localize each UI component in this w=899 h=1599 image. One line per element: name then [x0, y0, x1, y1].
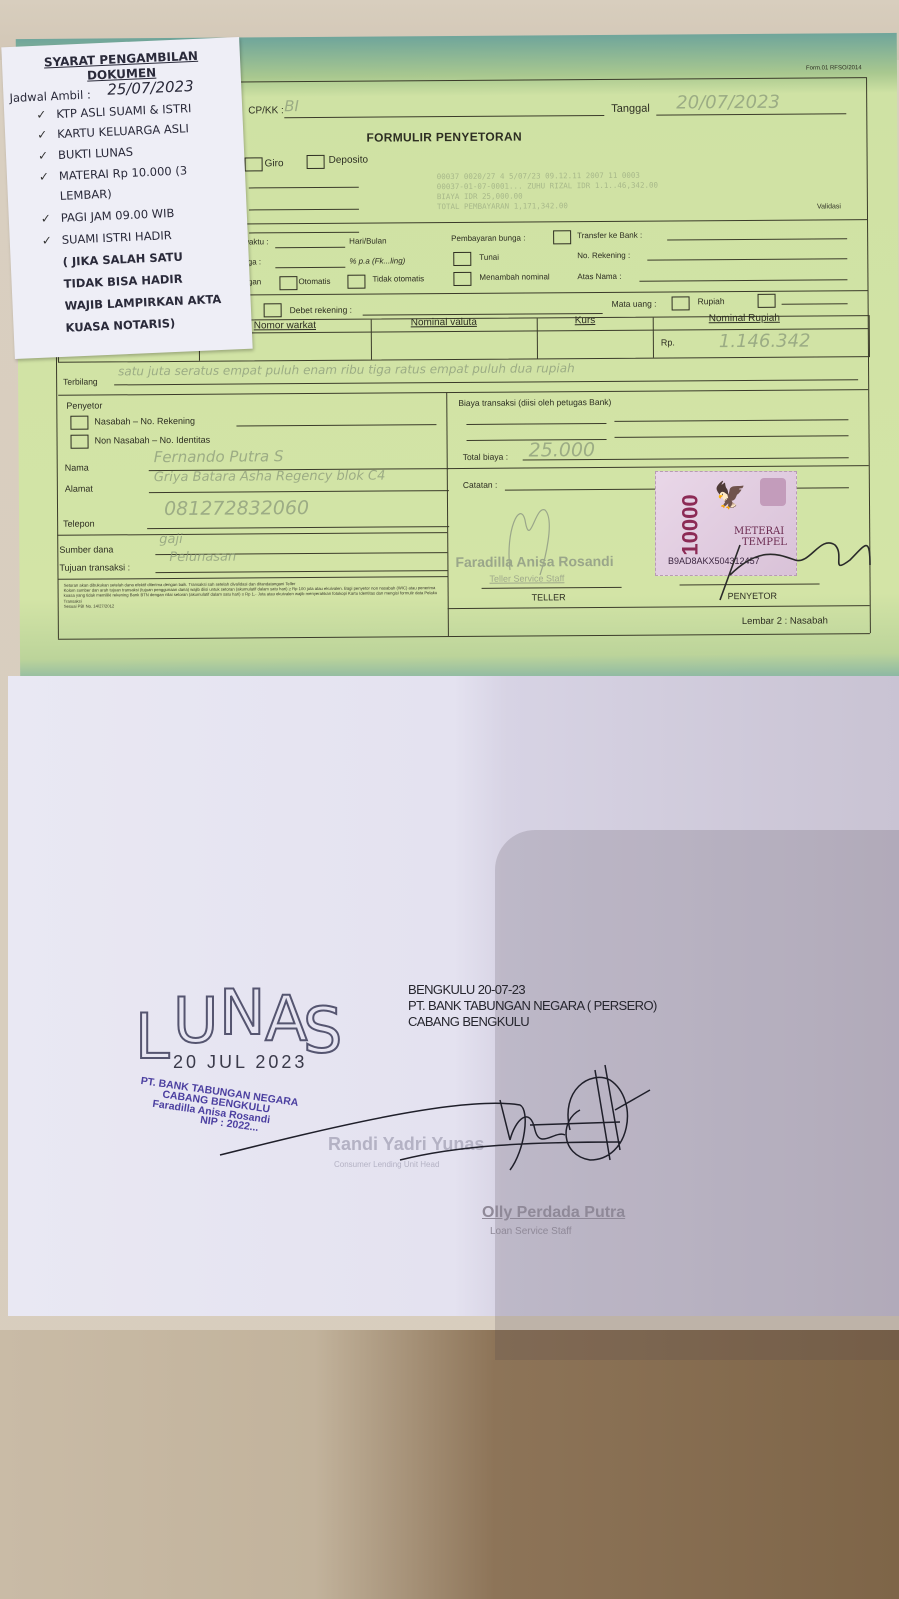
- terbilang-line: [114, 379, 858, 385]
- note-item: ( JIKA SALAH SATU: [62, 250, 183, 269]
- biaya-field: [466, 423, 606, 425]
- menambah-nominal-label: Menambah nominal: [479, 272, 549, 281]
- note-item: WAJIB LAMPIRKAN AKTA: [64, 292, 221, 313]
- letter-company: PT. BANK TABUNGAN NEGARA ( PERSERO): [408, 998, 657, 1013]
- note-item: KUASA NOTARIS): [65, 316, 175, 335]
- form-divider: [447, 465, 869, 469]
- terbilang-value: satu juta seratus empat puluh enam ribu …: [118, 359, 838, 378]
- validation-print: 00037 0020/27 4 5/07/23 09.12.11 2007 11…: [437, 171, 659, 213]
- requirements-note: SYARAT PENGAMBILAN DOKUMEN Jadwal Ambil …: [1, 37, 252, 359]
- rupiah-label: Rupiah: [698, 296, 725, 306]
- note-item: MATERAI Rp 10.000 (3: [59, 163, 188, 183]
- col-nomor-warkat: Nomor warkat: [254, 320, 316, 331]
- deposito-checkbox[interactable]: [307, 155, 325, 169]
- nama-label: Nama: [65, 463, 89, 473]
- cp-kk-label: CP/KK :: [248, 105, 284, 116]
- form-title: FORMULIR PENYETORAN: [366, 130, 522, 145]
- transfer-checkbox[interactable]: [553, 230, 571, 244]
- stamp-letter: N: [219, 976, 265, 1049]
- note-item: KTP ASLI SUAMI & ISTRI: [56, 101, 192, 121]
- check-icon: ✓: [41, 233, 52, 247]
- biaya-field: [614, 419, 848, 422]
- jangka-waktu-field: [275, 247, 345, 248]
- form-bottom-border: [58, 633, 870, 640]
- biaya-field: [615, 435, 849, 438]
- lembar-label: Lembar 2 : Nasabah: [742, 615, 828, 627]
- telepon-value: 081272832060: [164, 497, 309, 520]
- rp-label: Rp.: [661, 337, 675, 347]
- no-rekening-label: No. Rekening :: [577, 251, 630, 260]
- validasi-label: Validasi: [817, 203, 841, 210]
- atas-nama-label: Atas Nama :: [577, 272, 621, 281]
- form-top-border: [226, 77, 866, 82]
- alamat-label: Alamat: [65, 484, 93, 494]
- other-currency-checkbox[interactable]: [758, 294, 776, 308]
- teller-sign-line: [482, 587, 622, 589]
- biaya-label: Biaya transaksi (diisi oleh petugas Bank…: [458, 397, 611, 408]
- validation-line: TOTAL PEMBAYARAN 1,171,342.00: [437, 201, 658, 213]
- col-nominal-rupiah: Nominal Rupiah: [709, 313, 780, 324]
- bunga-field: [275, 267, 345, 268]
- teller-label: TELLER: [532, 592, 566, 602]
- transfer-label: Transfer ke Bank :: [577, 231, 642, 240]
- sumber-dana-value: gaji: [159, 532, 183, 547]
- table-divider: [371, 320, 372, 360]
- form-line: [249, 187, 359, 189]
- alamat-field: [149, 490, 449, 493]
- tunai-label: Tunai: [479, 253, 499, 262]
- signer2-name: Olly Perdada Putra: [482, 1204, 625, 1222]
- note-item: TIDAK BISA HADIR: [63, 272, 182, 291]
- check-icon: ✓: [41, 211, 52, 225]
- check-icon: ✓: [37, 127, 48, 141]
- stamp-letter: A: [265, 982, 307, 1055]
- form-divider: [57, 532, 447, 536]
- validation-line: 00037-01-07-0001... ZUHU RIZAL IDR 1.1..…: [437, 181, 658, 193]
- schedule-value: 25/07/2023: [107, 77, 194, 99]
- letter-signatures: [200, 1050, 670, 1190]
- hari-bulan-label: Hari/Bulan: [349, 236, 386, 245]
- penyetor-label: Penyetor: [66, 400, 102, 410]
- sumber-dana-label: Sumber dana: [59, 544, 113, 554]
- note-item: KARTU KELUARGA ASLI: [57, 121, 189, 141]
- alamat-value: Griya Batara Asha Regency blok C4: [154, 469, 386, 486]
- tanggal-line: [656, 113, 846, 115]
- col-kurs: Kurs: [575, 315, 596, 326]
- otomatis-checkbox[interactable]: [279, 276, 297, 290]
- catatan-label: Catatan :: [463, 480, 498, 490]
- form-notes: Setoran akan dibukukan setelah dana efek…: [64, 580, 444, 609]
- form-divider: [58, 576, 448, 580]
- form-line: [249, 209, 359, 211]
- check-icon: ✓: [36, 107, 47, 121]
- check-icon: ✓: [39, 169, 50, 183]
- telepon-field: [147, 526, 449, 529]
- telepon-label: Telepon: [63, 519, 95, 529]
- tujuan-field: [155, 570, 447, 573]
- giro-label: Giro: [265, 158, 284, 169]
- penyetor-signature: [700, 505, 880, 605]
- form-divider: [58, 389, 868, 396]
- mata-uang-label: Mata uang :: [612, 299, 657, 309]
- table-surface-bottom: [0, 1330, 899, 1599]
- non-nasabah-checkbox[interactable]: [71, 435, 89, 449]
- form-left-border: [56, 331, 59, 639]
- nominal-rupiah-value: 1.146.342: [719, 331, 811, 353]
- tanggal-value: 20/07/2023: [676, 92, 780, 114]
- tujuan-label: Tujuan transaksi :: [59, 562, 130, 572]
- terbilang-label: Terbilang: [63, 377, 98, 387]
- tidak-otomatis-checkbox[interactable]: [347, 275, 365, 289]
- teller-signature: [500, 490, 560, 580]
- other-currency-field: [782, 303, 848, 304]
- pct-label: % p.a (Fk...ling): [349, 256, 405, 265]
- rupiah-checkbox[interactable]: [672, 296, 690, 310]
- otomatis-label: Otomatis: [298, 277, 330, 286]
- note-item: SUAMI ISTRI HADIR: [61, 228, 172, 247]
- total-biaya-label: Total biaya :: [463, 452, 508, 462]
- stamp-letter: U: [173, 984, 218, 1057]
- table-divider: [537, 318, 538, 358]
- form-code: Form.01 RFSO/2014: [806, 65, 862, 71]
- form-column-divider: [446, 392, 449, 636]
- menambah-nominal-checkbox[interactable]: [453, 272, 471, 286]
- nasabah-checkbox[interactable]: [70, 416, 88, 430]
- non-nasabah-label: Non Nasabah – No. Identitas: [95, 435, 211, 446]
- nasabah-label: Nasabah – No. Rekening: [94, 416, 195, 427]
- debet-field: [363, 313, 603, 316]
- schedule-label: Jadwal Ambil :: [9, 87, 91, 105]
- note-item: LEMBAR): [60, 187, 112, 203]
- note-item: PAGI JAM 09.00 WIB: [60, 206, 174, 225]
- letter-place-date: BENGKULU 20-07-23: [408, 982, 525, 997]
- giro-checkbox[interactable]: [245, 157, 263, 171]
- debet-checkbox[interactable]: [264, 303, 282, 317]
- pembayaran-bunga-label: Pembayaran bunga :: [451, 234, 525, 244]
- transfer-field: [667, 238, 847, 240]
- tidak-otomatis-label: Tidak otomatis: [372, 274, 424, 283]
- note-item: BUKTI LUNAS: [58, 145, 134, 162]
- tunai-checkbox[interactable]: [453, 252, 471, 266]
- deposito-label: Deposito: [329, 155, 369, 166]
- table-divider: [653, 318, 654, 358]
- form-divider: [448, 605, 870, 609]
- letter-branch: CABANG BENGKULU: [408, 1014, 529, 1029]
- debet-label: Debet rekening :: [290, 305, 352, 315]
- stamp-letter: L: [135, 1000, 170, 1073]
- signer2-title: Loan Service Staff: [490, 1226, 572, 1237]
- no-rekening-penyetor-field: [236, 424, 436, 426]
- tanggal-label: Tanggal: [611, 103, 650, 115]
- no-rekening-field: [647, 258, 847, 260]
- cp-kk-value: BI: [284, 97, 299, 115]
- cp-kk-line: [284, 115, 604, 118]
- tujuan-value: Pelunasan: [169, 550, 236, 565]
- check-icon: ✓: [38, 148, 49, 162]
- col-nominal-valuta: Nominal valuta: [411, 317, 477, 328]
- form-divider: [227, 219, 867, 224]
- portrait-icon: [760, 478, 786, 506]
- form-line: [249, 232, 359, 234]
- atas-nama-field: [639, 279, 847, 281]
- nama-value: Fernando Putra S: [154, 447, 284, 466]
